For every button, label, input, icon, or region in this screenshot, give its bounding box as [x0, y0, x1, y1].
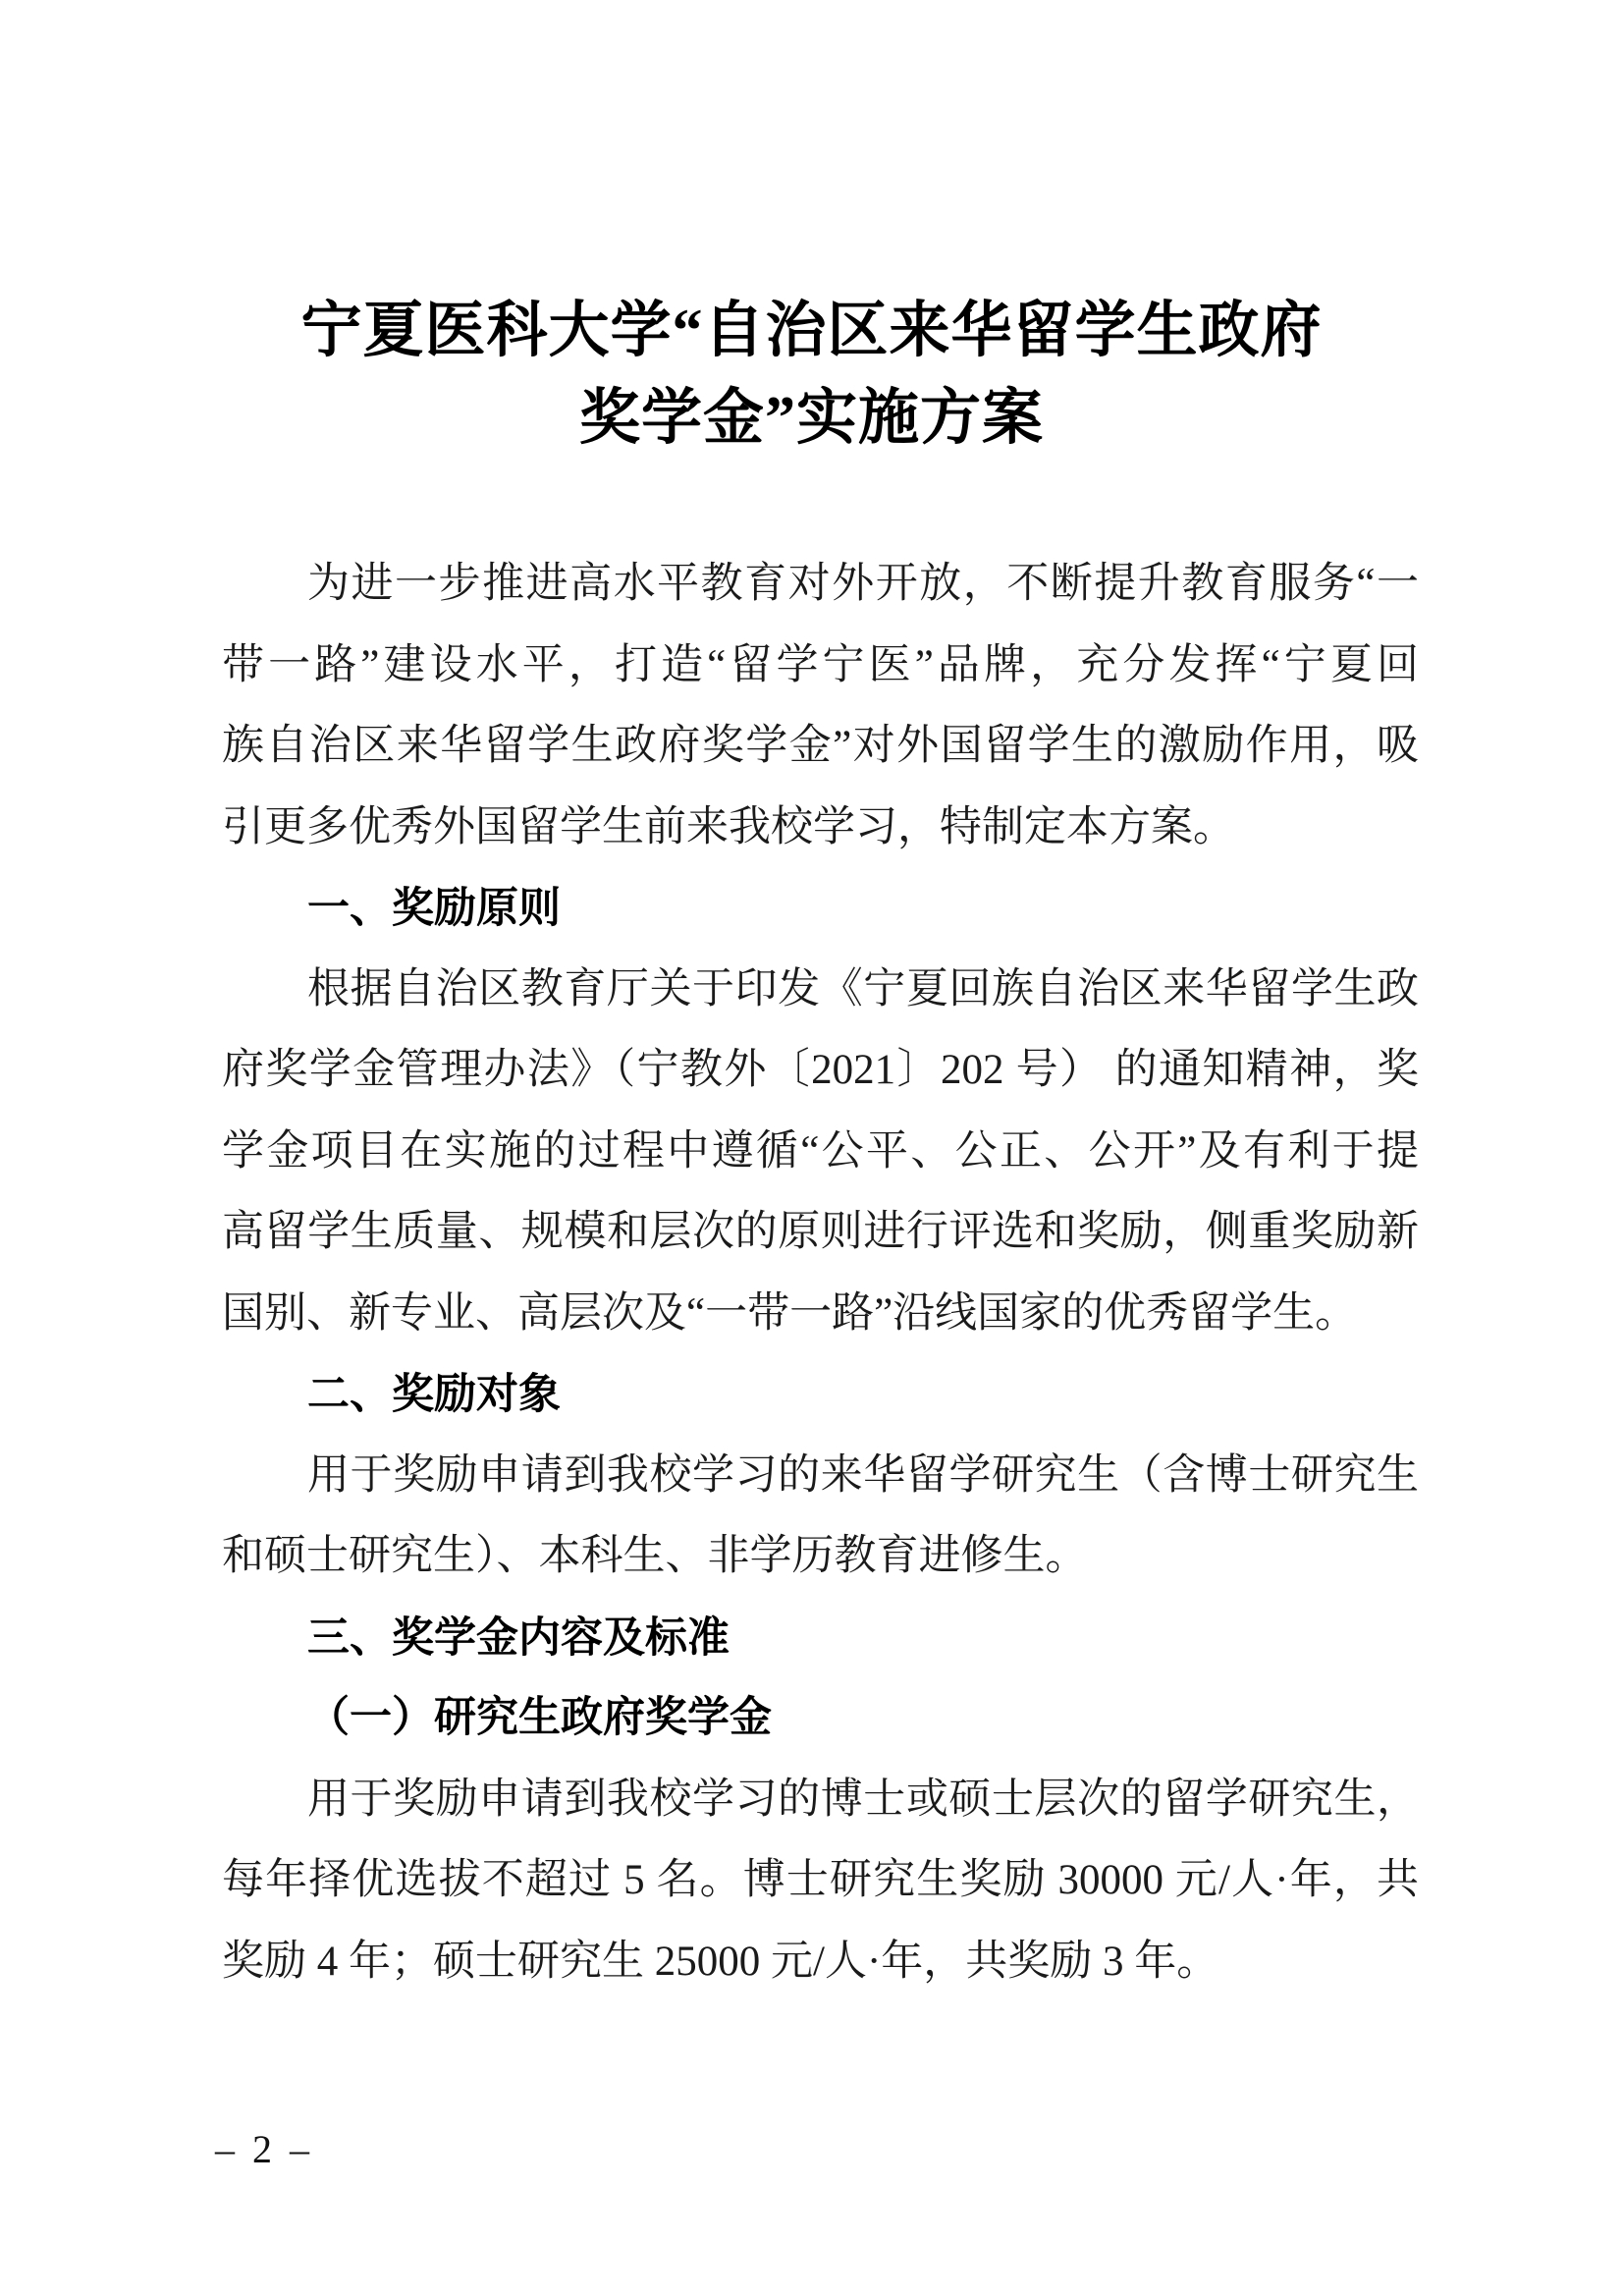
document-body: 为进一步推进高水平教育对外开放，不断提升教育服务“一带一路”建设水平，打造“留学… — [222, 544, 1419, 2002]
text-line-8: 学金项目在实施的过程中遵循“公平、公正、公开”及有利于提 — [222, 1112, 1419, 1193]
text-line-16: 用于奖励申请到我校学习的博士或硕士层次的留学研究生， — [222, 1760, 1419, 1841]
text-line-11: 二、奖励对象 — [222, 1354, 1419, 1436]
text-line-13: 和硕士研究生）、本科生、非学历教育进修生。 — [222, 1516, 1419, 1598]
title-line-1: 宁夏医科大学“自治区来华留学生政府 — [0, 288, 1623, 375]
text-line-7: 府奖学金管理办法》（宁教外〔2021〕202 号） 的通知精神，奖 — [222, 1030, 1419, 1112]
text-line-1: 为进一步推进高水平教育对外开放，不断提升教育服务“一 — [222, 544, 1419, 626]
text-line-2: 带一路”建设水平，打造“留学宁医”品牌，充分发挥“宁夏回 — [222, 626, 1419, 707]
text-line-3: 族自治区来华留学生政府奖学金”对外国留学生的激励作用，吸 — [222, 706, 1419, 788]
document-page: 宁夏医科大学“自治区来华留学生政府 奖学金”实施方案 为进一步推进高水平教育对外… — [0, 0, 1623, 2296]
text-line-9: 高留学生质量、规模和层次的原则进行评选和奖励，侧重奖励新 — [222, 1192, 1419, 1274]
text-line-17: 每年择优选拔不超过 5 名。博士研究生奖励 30000 元/人·年，共 — [222, 1840, 1419, 1922]
text-line-14: 三、奖学金内容及标准 — [222, 1598, 1419, 1679]
text-line-12: 用于奖励申请到我校学习的来华留学研究生（含博士研究生 — [222, 1436, 1419, 1517]
text-line-6: 根据自治区教育厅关于印发《宁夏回族自治区来华留学生政 — [222, 950, 1419, 1031]
text-line-5: 一、奖励原则 — [222, 868, 1419, 950]
text-line-18: 奖励 4 年；硕士研究生 25000 元/人·年，共奖励 3 年。 — [222, 1922, 1419, 2003]
text-line-4: 引更多优秀外国留学生前来我校学习，特制定本方案。 — [222, 788, 1419, 869]
title-line-2: 奖学金”实施方案 — [0, 375, 1623, 463]
text-line-10: 国别、新专业、高层次及“一带一路”沿线国家的优秀留学生。 — [222, 1274, 1419, 1355]
document-title: 宁夏医科大学“自治区来华留学生政府 奖学金”实施方案 — [0, 288, 1623, 463]
page-number: – 2 – — [215, 2128, 313, 2171]
text-line-15: （一）研究生政府奖学金 — [222, 1678, 1419, 1760]
